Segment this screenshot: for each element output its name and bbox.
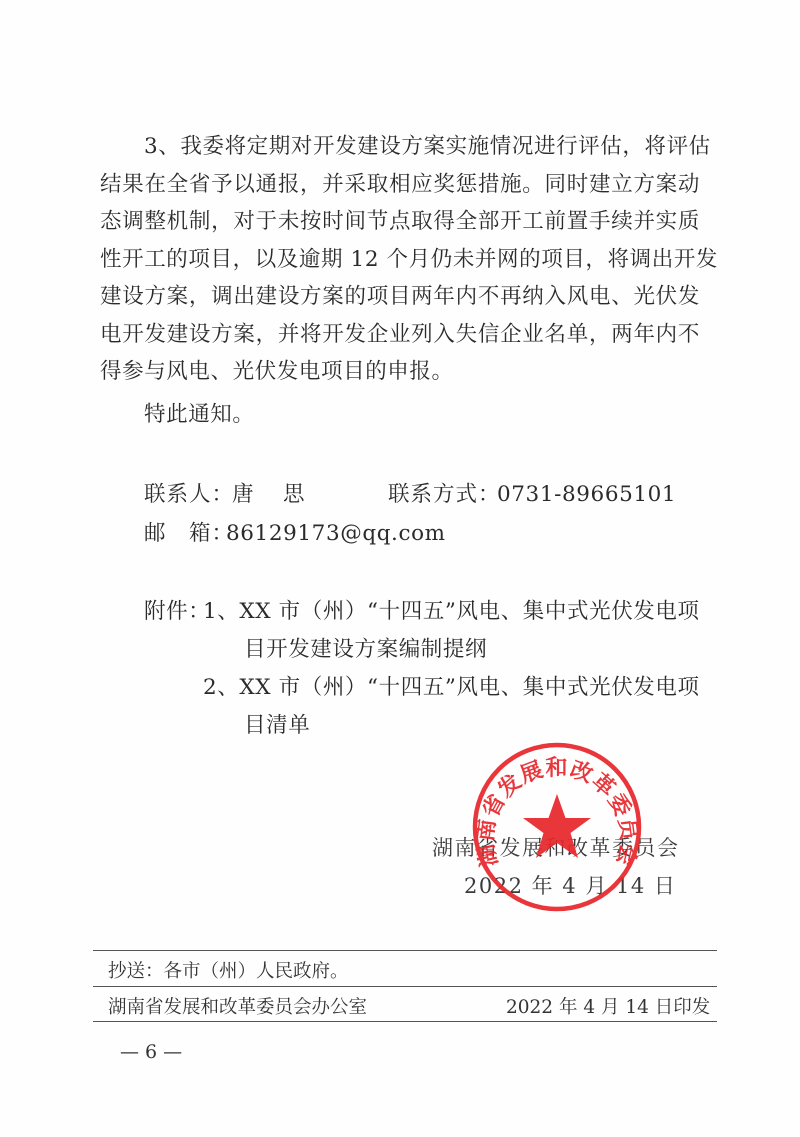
paragraph-line: 性开工的项目，以及逾期 12 个月仍未并网的项目，将调出开发 — [100, 241, 700, 279]
attachment-item-1-line-1: 1、XX 市（州）“十四五”风电、集中式光伏发电项 — [203, 597, 700, 627]
footer-issuer: 湖南省发展和改革委员会办公室 — [108, 996, 367, 1020]
contact-person-name: 唐 思 — [232, 480, 309, 510]
attachments-label: 附件： — [144, 597, 210, 627]
attachment-item-2-line-2: 目清单 — [244, 711, 310, 741]
paragraph-line: 3、我委将定期对开发建设方案实施情况进行评估，将评估 — [100, 128, 700, 166]
footer-issue-date: 2022 年 4 月 14 日印发 — [506, 996, 710, 1020]
attachment-item-2-line-1: 2、XX 市（州）“十四五”风电、集中式光伏发电项 — [203, 673, 700, 703]
paragraph-line: 态调整机制，对于未按时间节点取得全部开工前置手续并实质 — [100, 203, 700, 241]
paragraph-line: 得参与风电、光伏发电项目的申报。 — [100, 353, 700, 391]
paragraph-line: 结果在全省予以通报，并采取相应奖惩措施。同时建立方案动 — [100, 166, 700, 204]
contact-person-label: 联系人： — [144, 480, 234, 510]
footer-rule-bottom — [93, 1021, 717, 1022]
signature-org: 湖南省发展和改革委员会 — [432, 834, 680, 862]
signature-date: 2022 年 4 月 14 日 — [464, 872, 676, 900]
paragraph-line: 电开发建设方案，并将开发企业列入失信企业名单，两年内不 — [100, 316, 700, 354]
contact-phone: 0731-89665101 — [497, 480, 676, 510]
document-page: 3、我委将定期对开发建设方案实施情况进行评估，将评估 结果在全省予以通报，并采取… — [0, 0, 800, 1137]
footer-rule-top — [93, 950, 717, 951]
footer-rule-middle — [93, 986, 717, 987]
contact-email: 86129173@qq.com — [226, 519, 446, 549]
page-number: — 6 — — [120, 1040, 182, 1064]
closing-text: 特此通知。 — [144, 400, 255, 430]
paragraph-line: 建设方案，调出建设方案的项目两年内不再纳入风电、光伏发 — [100, 278, 700, 316]
attachment-item-1-line-2: 目开发建设方案编制提纲 — [244, 635, 487, 665]
contact-email-label: 邮 箱： — [144, 519, 234, 549]
contact-phone-label: 联系方式： — [388, 480, 501, 510]
footer-cc: 抄送：各市（州）人民政府。 — [108, 960, 349, 984]
paragraph-3: 3、我委将定期对开发建设方案实施情况进行评估，将评估 结果在全省予以通报，并采取… — [100, 128, 700, 391]
